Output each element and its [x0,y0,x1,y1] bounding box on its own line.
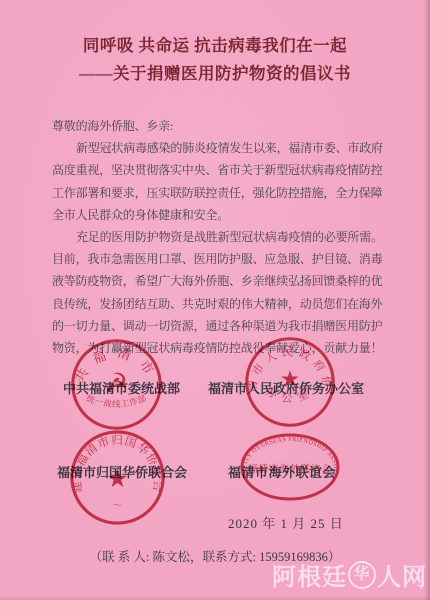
globe-char: 华 [353,567,370,583]
seal-bl-flourish: 〜 [113,501,123,512]
title-line-2: ——关于捐赠医用防护物资的倡议书 [0,60,430,88]
document-title: 同呼吸 共命运 抗击病毒我们在一起 ——关于捐赠医用防护物资的倡议书 [0,32,430,87]
seal-br-inner-text: 福清市海外联谊会 [248,463,332,475]
site-watermark: 阿根廷 华 人网 [272,557,427,592]
letter-body: 尊敬的海外侨胞、乡亲: 新型冠状病毒感染的肺炎疫情发生以来，福清市委、市政府 高… [52,115,386,359]
date-line: 2020 年 1 月 25 日 [228,513,344,532]
watermark-suffix: 人网 [377,557,427,592]
official-seal-friendship-assoc-icon: FUQING CITY OVERSEAS FRIENDSHIP ASSOCIAT… [238,431,342,503]
watermark-prefix: 阿根廷 [272,557,347,592]
paragraph-1: 新型冠状病毒感染的肺炎疫情发生以来，福清市委、市政府 高度重视，坚决贯彻落实中央… [52,137,386,226]
official-seal-oc-federation-icon: 福建省福清市归国华侨联合会 ★ 〜 [69,429,166,526]
scan-edge-shadow-right [424,0,430,600]
title-line-1: 同呼吸 共命运 抗击病毒我们在一起 [0,32,430,60]
star-icon: ★ [106,466,129,493]
scanned-letter-page: 同呼吸 共命运 抗击病毒我们在一起 ——关于捐赠医用防护物资的倡议书 尊敬的海外… [0,0,430,600]
official-seal-united-front-icon: 中共福清市委 ☭ 统一战线工作部 [69,337,164,432]
salutation: 尊敬的海外侨胞、乡亲: [52,115,386,137]
globe-logo-icon: 华 [348,561,376,589]
hammer-sickle-icon: ☭ [105,368,129,398]
official-seal-govt-office-icon: 福清市人民政府侨务 ★ 办公室 [243,335,337,429]
scan-edge-shadow-bottom [0,596,430,600]
star-icon: ★ [280,367,300,392]
